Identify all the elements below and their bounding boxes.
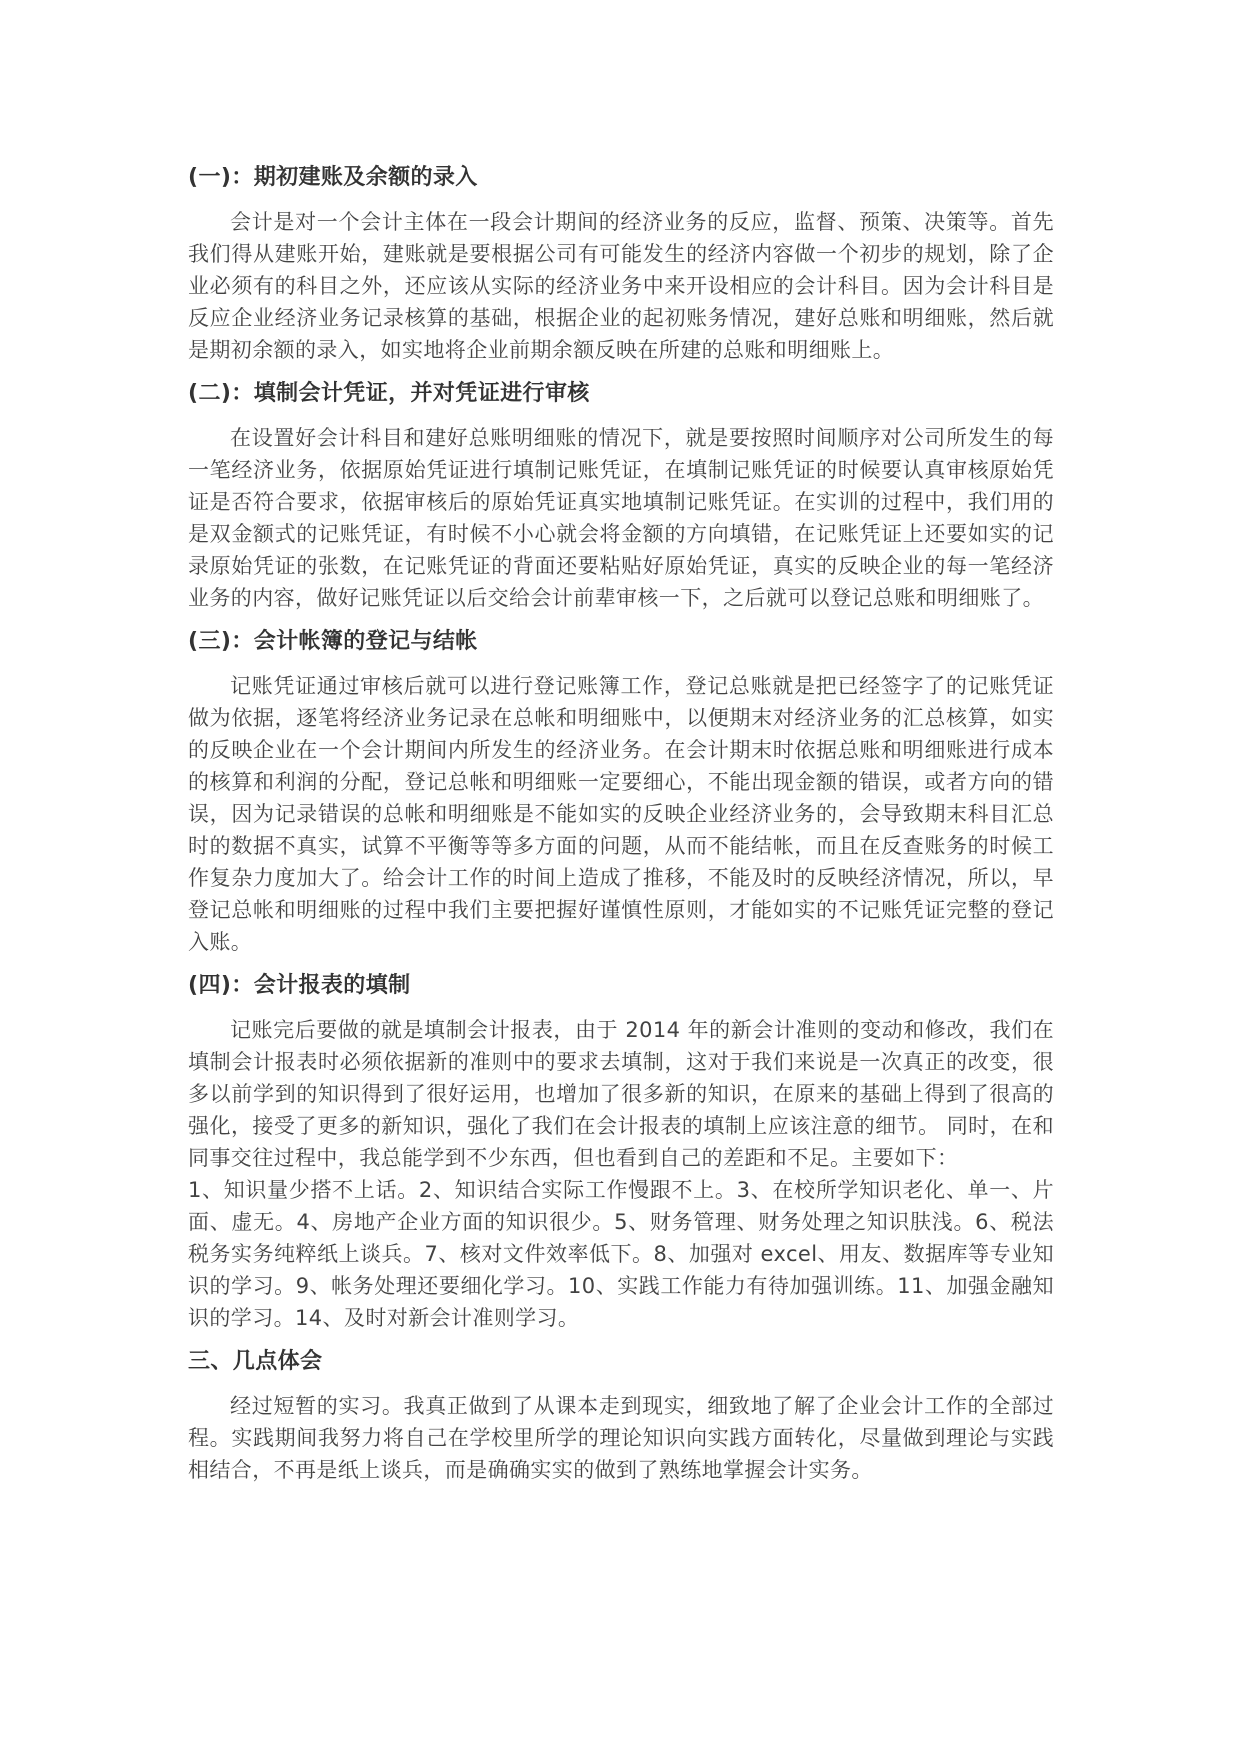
section-1-paragraph: 会计是对一个会计主体在一段会计期间的经济业务的反应，监督、预策、决策等。首先我们… bbox=[188, 206, 1054, 366]
section-4-numbered-list: 1、知识量少搭不上话。2、知识结合实际工作慢跟不上。3、在校所学知识老化、单一、… bbox=[188, 1174, 1054, 1334]
section-initial-account-setup: (一)：期初建账及余额的录入 会计是对一个会计主体在一段会计期间的经济业务的反应… bbox=[188, 162, 1054, 366]
section-3-heading: (三)：会计帐簿的登记与结帐 bbox=[188, 626, 1054, 658]
section-4-paragraph: 记账完后要做的就是填制会计报表，由于 2014 年的新会计准则的变动和修改，我们… bbox=[188, 1014, 1054, 1174]
document-page: (一)：期初建账及余额的录入 会计是对一个会计主体在一段会计期间的经济业务的反应… bbox=[0, 0, 1240, 1754]
section-voucher-filling: (二)：填制会计凭证，并对凭证进行审核 在设置好会计科目和建好总账明细账的情况下… bbox=[188, 378, 1054, 614]
section-report-preparation: (四)：会计报表的填制 记账完后要做的就是填制会计报表，由于 2014 年的新会… bbox=[188, 970, 1054, 1334]
section-experiences: 三、几点体会 经过短暂的实习。我真正做到了从课本走到现实，细致地了解了企业会计工… bbox=[188, 1346, 1054, 1486]
section-5-heading: 三、几点体会 bbox=[188, 1346, 1054, 1378]
section-1-heading: (一)：期初建账及余额的录入 bbox=[188, 162, 1054, 194]
section-5-paragraph: 经过短暂的实习。我真正做到了从课本走到现实，细致地了解了企业会计工作的全部过程。… bbox=[188, 1390, 1054, 1486]
section-4-heading: (四)：会计报表的填制 bbox=[188, 970, 1054, 1002]
section-2-paragraph: 在设置好会计科目和建好总账明细账的情况下，就是要按照时间顺序对公司所发生的每一笔… bbox=[188, 422, 1054, 614]
section-3-paragraph: 记账凭证通过审核后就可以进行登记账簿工作，登记总账就是把已经签字了的记账凭证做为… bbox=[188, 670, 1054, 958]
section-ledger-registration: (三)：会计帐簿的登记与结帐 记账凭证通过审核后就可以进行登记账簿工作，登记总账… bbox=[188, 626, 1054, 958]
document-content: (一)：期初建账及余额的录入 会计是对一个会计主体在一段会计期间的经济业务的反应… bbox=[0, 0, 1240, 1486]
section-2-heading: (二)：填制会计凭证，并对凭证进行审核 bbox=[188, 378, 1054, 410]
